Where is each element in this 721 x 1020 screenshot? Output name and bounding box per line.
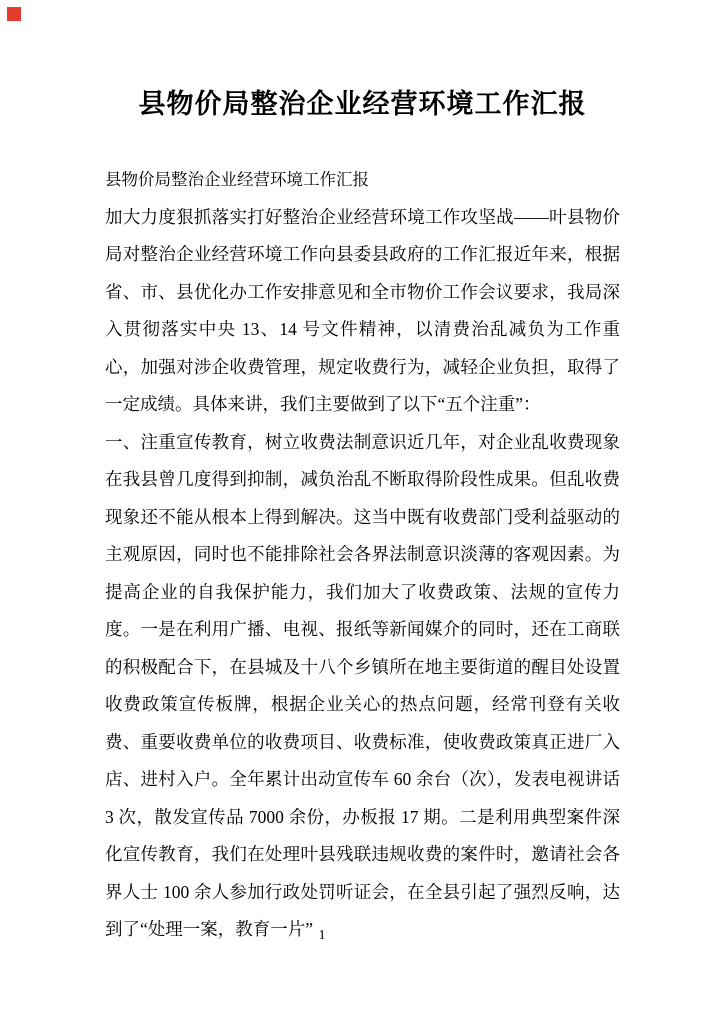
document-subtitle: 县物价局整治企业经营环境工作汇报 (105, 161, 620, 199)
document-body: 县物价局整治企业经营环境工作汇报 加大力度狠抓落实打好整治企业经营环境工作攻坚战… (105, 161, 620, 949)
paragraph-2: 一、注重宣传教育，树立收费法制意识近几年，对企业乱收费现象在我县曾几度得到抑制，… (105, 424, 620, 949)
document-content: 县物价局整治企业经营环境工作汇报 县物价局整治企业经营环境工作汇报 加大力度狠抓… (105, 0, 620, 949)
paragraph-1: 加大力度狠抓落实打好整治企业经营环境工作攻坚战——叶县物价局对整治企业经营环境工… (105, 199, 620, 424)
document-page: { "page": { "background": "#ffffff", "pa… (0, 0, 721, 1020)
page-number: 1 (0, 926, 644, 946)
red-square-marker (7, 7, 21, 21)
document-title: 县物价局整治企业经营环境工作汇报 (105, 86, 620, 122)
